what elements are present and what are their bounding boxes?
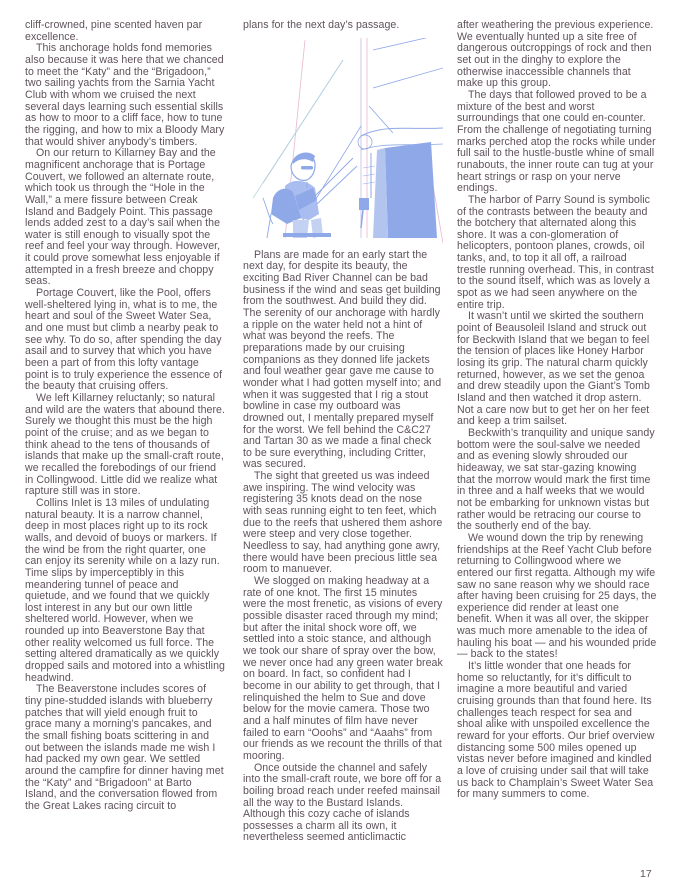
paragraph: Plans are made for an early start the ne… — [243, 250, 443, 471]
paragraph: It wasn’t until we skirted the southern … — [457, 311, 657, 428]
paragraph: This anchorage holds fond memories also … — [25, 43, 225, 148]
paragraph: It’s little wonder that one heads for ho… — [457, 661, 657, 801]
paragraph: The Beaverstone includes scores of tiny … — [25, 684, 225, 812]
article-column-2: plans for the next day’s passage. — [243, 20, 443, 844]
paragraph: Portage Couvert, like the Pool, offers w… — [25, 288, 225, 393]
page-number: 17 — [640, 868, 652, 880]
article-column-3: after weathering the previous experience… — [457, 20, 657, 801]
paragraph: after weathering the previous experience… — [457, 20, 657, 90]
paragraph: cliff-crowned, pine scented haven par ex… — [25, 20, 225, 43]
sailor-illustration — [243, 38, 443, 243]
article-column-1: cliff-crowned, pine scented haven par ex… — [25, 20, 225, 813]
paragraph: We wound down the trip by renewing frien… — [457, 533, 657, 661]
paragraph: Collins Inlet is 13 miles of undulating … — [25, 498, 225, 685]
paragraph: Beckwith’s tranquility and unique sandy … — [457, 428, 657, 533]
sailor-at-mast-icon — [243, 38, 443, 243]
paragraph: We slogged on making headway at a rate o… — [243, 576, 443, 763]
paragraph: We left Killarney reluctanly; so natural… — [25, 393, 225, 498]
paragraph: The sight that greeted us was indeed awe… — [243, 471, 443, 576]
paragraph: The days that followed proved to be a mi… — [457, 90, 657, 195]
paragraph: The harbor of Parry Sound is symbolic of… — [457, 195, 657, 312]
paragraph: On our return to Killarney Bay and the m… — [25, 148, 225, 288]
paragraph: plans for the next day’s passage. — [243, 20, 443, 32]
paragraph: Once outside the channel and safely into… — [243, 763, 443, 845]
